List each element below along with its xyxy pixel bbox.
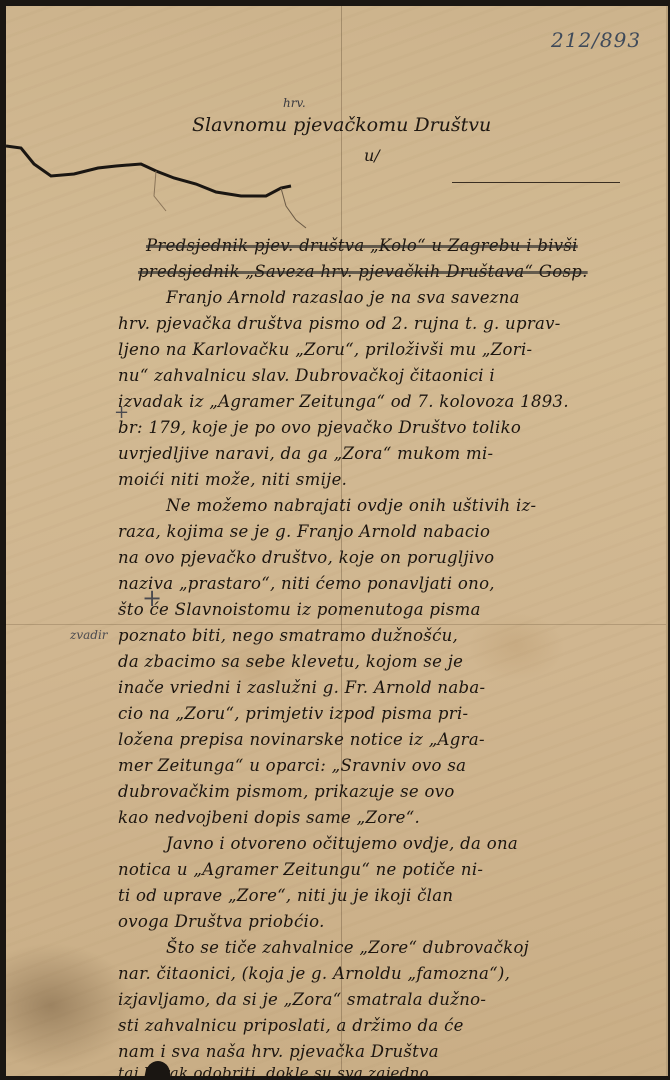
text-line: uvrjedljive naravi, da ga „Zora“ mukom m… [118,444,493,463]
text-line: mer Zeitunga“ u oparci: „Sravniv ovo sa [118,756,466,775]
text-line: ljeno na Karlovačku „Zoru“, priloživši m… [118,340,532,359]
text-line: naziva „prastaro“, niti ćemo ponavljati … [118,574,495,593]
text-line: Što se tiče zahvalnice „Zore“ dubrovačko… [166,938,529,957]
text-line: Javno i otvoreno očitujemo ovdje, da ona [166,834,518,853]
addressee-insertion: hrv. [283,96,306,110]
text-line: Ne možemo nabrajati ovdje onih uštivih i… [166,496,536,515]
archive-number: 212/893 [551,28,641,52]
horizontal-fold-line [6,624,666,625]
text-line: sti zahvalnicu priposlati, a držimo da ć… [118,1016,464,1035]
text-line-struck: Predsjednik pjev. društva „Kolo“ u Zagre… [146,236,578,255]
text-line: nar. čitaonici, (koja je g. Arnoldu „fam… [118,964,510,983]
text-line: kao nedvojbeni dopis same „Zore“. [118,808,420,827]
text-line-struck: predsjednik „Saveza hrv. pjevačkih Društ… [138,262,588,281]
text-line: nam i sva naša hrv. pjevačka Društva [118,1042,439,1061]
heading-rule [452,182,620,183]
text-line: na ovo pjevačko društvo, koje on poruglj… [118,548,494,567]
text-line: notica u „Agramer Zeitungu“ ne potiče ni… [118,860,483,879]
text-line: inače vriedni i zaslužni g. Fr. Arnold n… [118,678,485,697]
text-line: hrv. pjevačka društva pismo od 2. rujna … [118,314,561,333]
addressee-mark: u/ [364,146,380,165]
text-line: nu“ zahvalnicu slav. Dubrovačkoj čitaoni… [118,366,495,385]
margin-cross-mark: + [142,584,162,612]
text-line: što će Slavnoistomu iz pomenutoga pisma [118,600,481,619]
text-line: Franjo Arnold razaslao je na sva savezna [166,288,520,307]
text-line: da zbacimo sa sebe klevetu, kojom se je [118,652,463,671]
text-line: ti od uprave „Zore“, niti ju je ikoji čl… [118,886,453,905]
text-line: izvadak iz „Agramer Zeitunga“ od 7. kolo… [118,392,569,411]
text-line: dubrovačkim pismom, prikazuje se ovo [118,782,455,801]
text-line: br: 179, koje je po ovo pjevačko Društvo… [118,418,521,437]
paper-tear [146,1061,170,1080]
text-line: cio na „Zoru“, primjetiv izpod pisma pri… [118,704,468,723]
text-line: moići niti može, niti smije. [118,470,347,489]
document-page: 212/893 hrv. Slavnomu pjevačkomu Društvu… [6,6,668,1076]
margin-note: zvadir [70,628,108,642]
margin-cross-mark: + [114,402,129,423]
text-line: ovoga Društva priobćio. [118,912,325,931]
text-line: poznato biti, nego smatramo dužnošću, [118,626,458,645]
addressee-heading: Slavnomu pjevačkomu Društvu [192,114,491,136]
text-line: ložena prepisa novinarske notice iz „Agr… [118,730,485,749]
text-line: izjavljamo, da si je „Zora“ smatrala duž… [118,990,486,1009]
text-line: raza, kojima se je g. Franjo Arnold naba… [118,522,490,541]
